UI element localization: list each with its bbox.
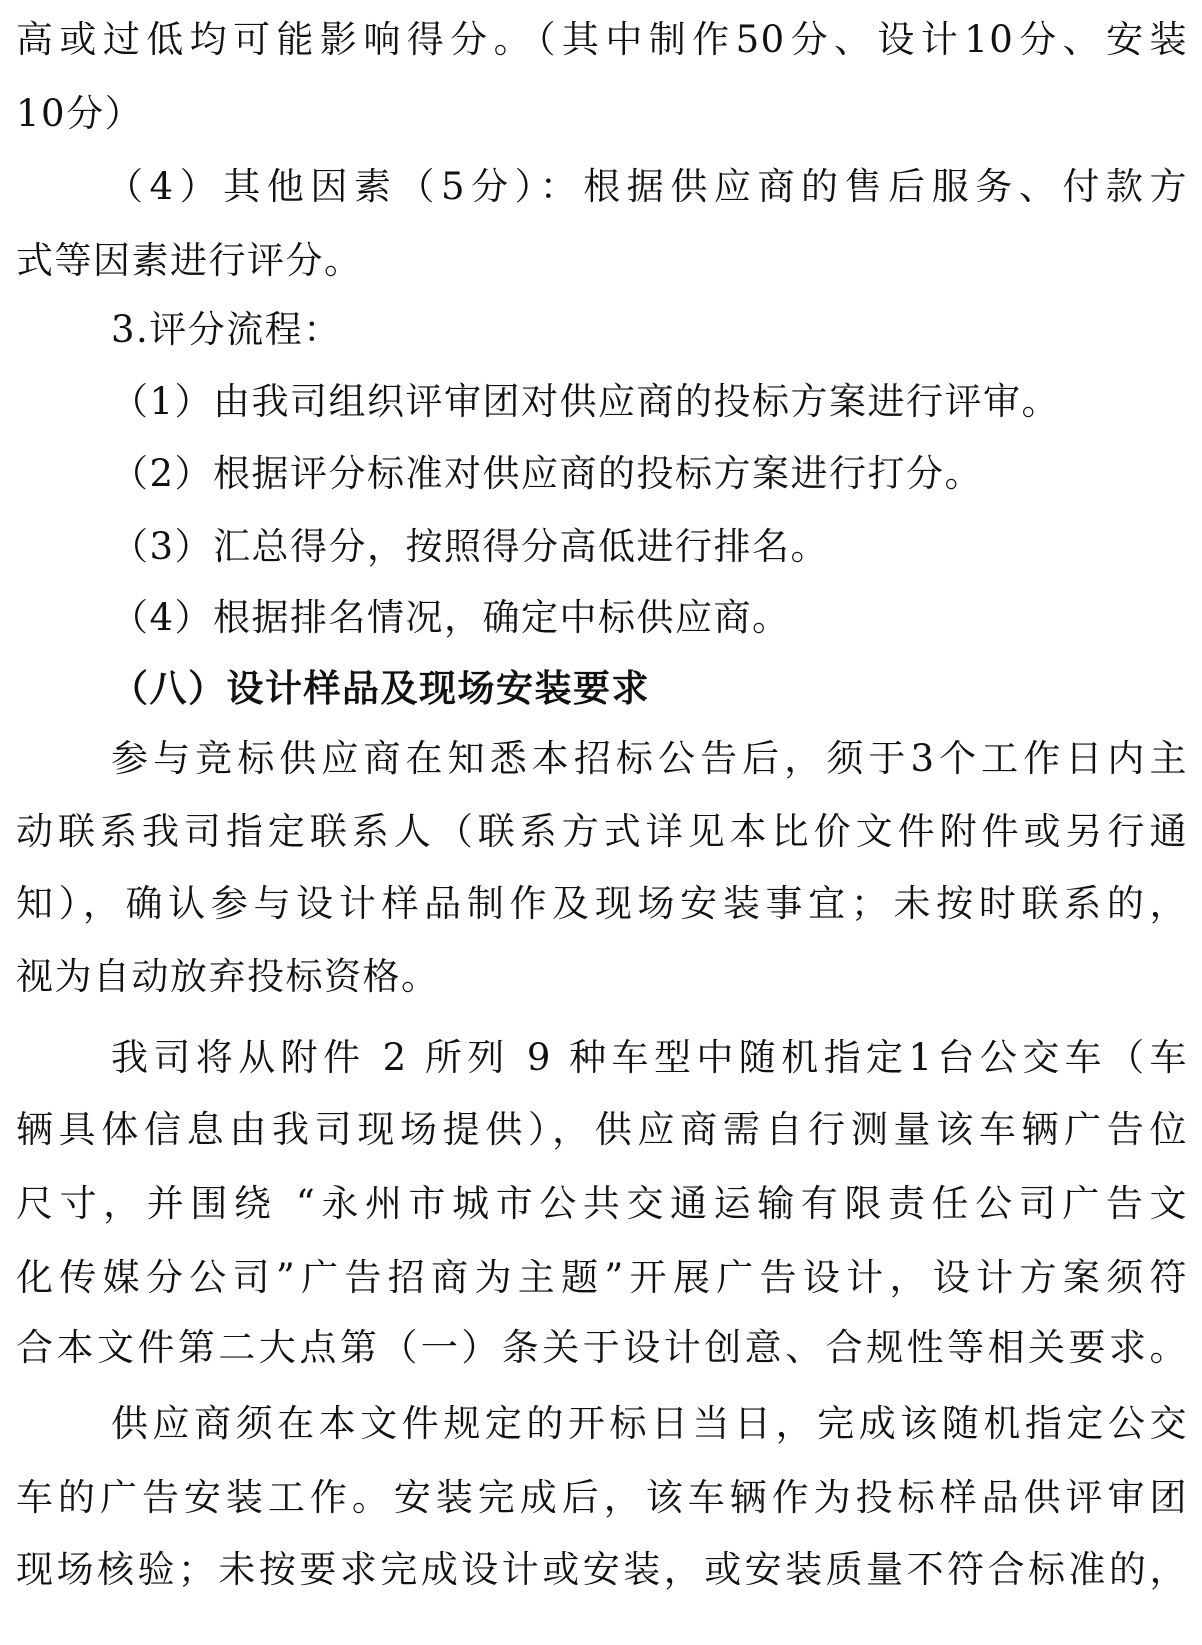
text-line: 动联系我司指定联系人（联系方式详见本比价文件附件或另行通 bbox=[16, 808, 1188, 856]
text-line: （4）根据排名情况，确定中标供应商。 bbox=[111, 594, 1188, 642]
text-line: 10分） bbox=[16, 90, 1188, 138]
text-line: 合本文件第二大点第（一）条关于设计创意、合规性等相关要求。 bbox=[16, 1324, 1188, 1372]
section-heading: （八）设计样品及现场安装要求 bbox=[111, 664, 1188, 712]
text-line: （3）汇总得分，按照得分高低进行排名。 bbox=[111, 523, 1188, 571]
text-line: 尺寸，并围绕 “永州市城市公共交通运输有限责任公司广告文 bbox=[16, 1180, 1188, 1228]
text-line: 式等因素进行评分。 bbox=[16, 237, 1188, 285]
text-line: （4）其他因素（5分）：根据供应商的售后服务、付款方 bbox=[106, 163, 1188, 211]
text-line: （2）根据评分标准对供应商的投标方案进行打分。 bbox=[111, 450, 1188, 498]
document-page: 高或过低均可能影响得分。（其中制作50分、设计10分、安装10分）（4）其他因素… bbox=[0, 0, 1202, 1645]
text-line: 现场核验；未按要求完成设计或安装，或安装质量不符合标准的， bbox=[16, 1546, 1188, 1594]
text-line: 知），确认参与设计样品制作及现场安装事宜；未按时联系的， bbox=[16, 880, 1188, 928]
text-line: 车的广告安装工作。安装完成后，该车辆作为投标样品供评审团 bbox=[16, 1474, 1188, 1522]
text-line: 化传媒分公司”广告招商为主题”开展广告设计，设计方案须符 bbox=[16, 1254, 1188, 1302]
text-line: 高或过低均可能影响得分。（其中制作50分、设计10分、安装 bbox=[16, 16, 1188, 64]
text-line: 辆具体信息由我司现场提供），供应商需自行测量该车辆广告位 bbox=[16, 1106, 1188, 1154]
text-line: （1）由我司组织评审团对供应商的投标方案进行评审。 bbox=[111, 378, 1188, 426]
text-line: 3.评分流程： bbox=[111, 306, 1188, 354]
text-line: 视为自动放弃投标资格。 bbox=[16, 953, 1188, 1001]
text-line: 参与竞标供应商在知悉本招标公告后，须于3个工作日内主 bbox=[111, 735, 1188, 783]
text-line: 供应商须在本文件规定的开标日当日，完成该随机指定公交 bbox=[111, 1400, 1188, 1448]
text-line: 我司将从附件 2 所列 9 种车型中随机指定1台公交车（车 bbox=[111, 1034, 1188, 1082]
